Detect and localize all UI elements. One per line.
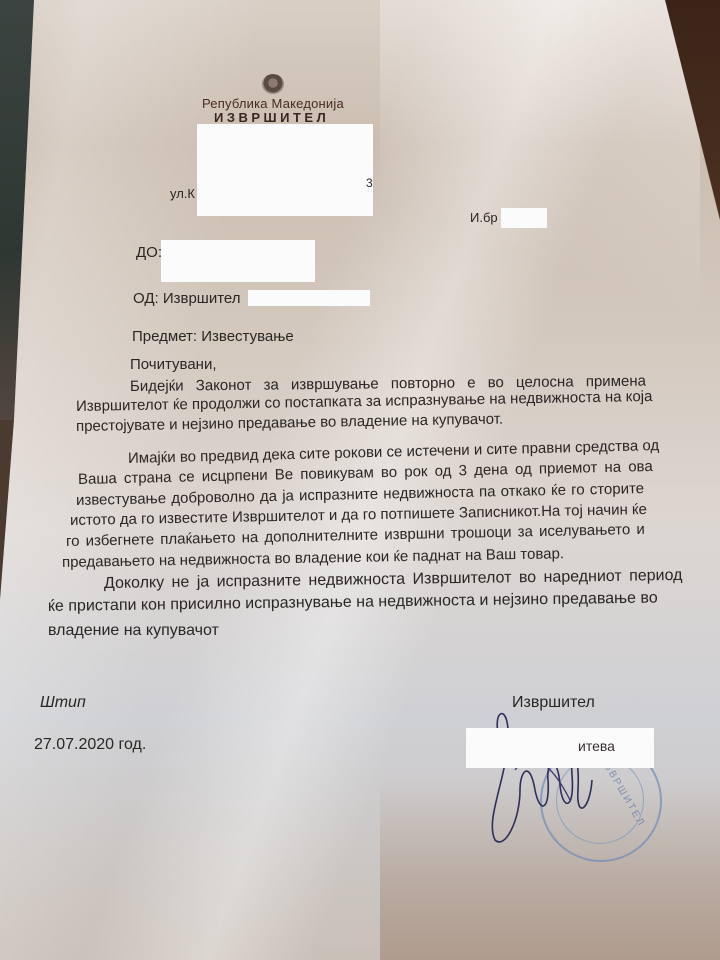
paragraph-1-line-3: престојувате и нејзино предавање во влад…: [76, 411, 503, 435]
paragraph-3-line-3: владение на купувачот: [48, 622, 219, 640]
address-prefix: ул.К: [170, 186, 195, 201]
coat-of-arms-icon: [262, 74, 284, 94]
date: 27.07.2020 год.: [34, 736, 146, 754]
subject-line: Предмет: Известување: [132, 328, 294, 345]
redacted-signatory-name: итева: [466, 728, 654, 768]
paragraph-3-line-1: Доколку не ја испразните недвижноста Изв…: [104, 567, 683, 593]
paragraph-2-line-6: предавањето на недвижноста во владение к…: [62, 545, 564, 571]
paragraph-3-line-2: ќе пристапи кон присилно испразнување на…: [48, 589, 658, 616]
redacted-case-number: [501, 208, 547, 228]
address-trailing-char: 3: [366, 176, 373, 190]
greeting: Почитувани,: [130, 356, 217, 373]
place: Штип: [40, 694, 86, 712]
redacted-recipient: [161, 240, 315, 282]
header-organization: Република Македонија: [202, 96, 344, 111]
to-label: ДО:: [136, 244, 162, 261]
handwritten-signature-icon: [480, 700, 600, 850]
redacted-address-block: [197, 124, 373, 216]
paper-highlight: [380, 0, 700, 340]
header-office: ИЗВРШИТЕЛ: [214, 110, 329, 125]
signatory-name-partial: итева: [578, 738, 615, 754]
redacted-sender-name: [248, 290, 370, 306]
case-number-label: И.бр: [470, 210, 498, 225]
document-sheet: Република Македонија ИЗВРШИТЕЛ ул.К 3 И.…: [0, 0, 720, 960]
from-label: ОД: Извршител: [133, 290, 241, 307]
